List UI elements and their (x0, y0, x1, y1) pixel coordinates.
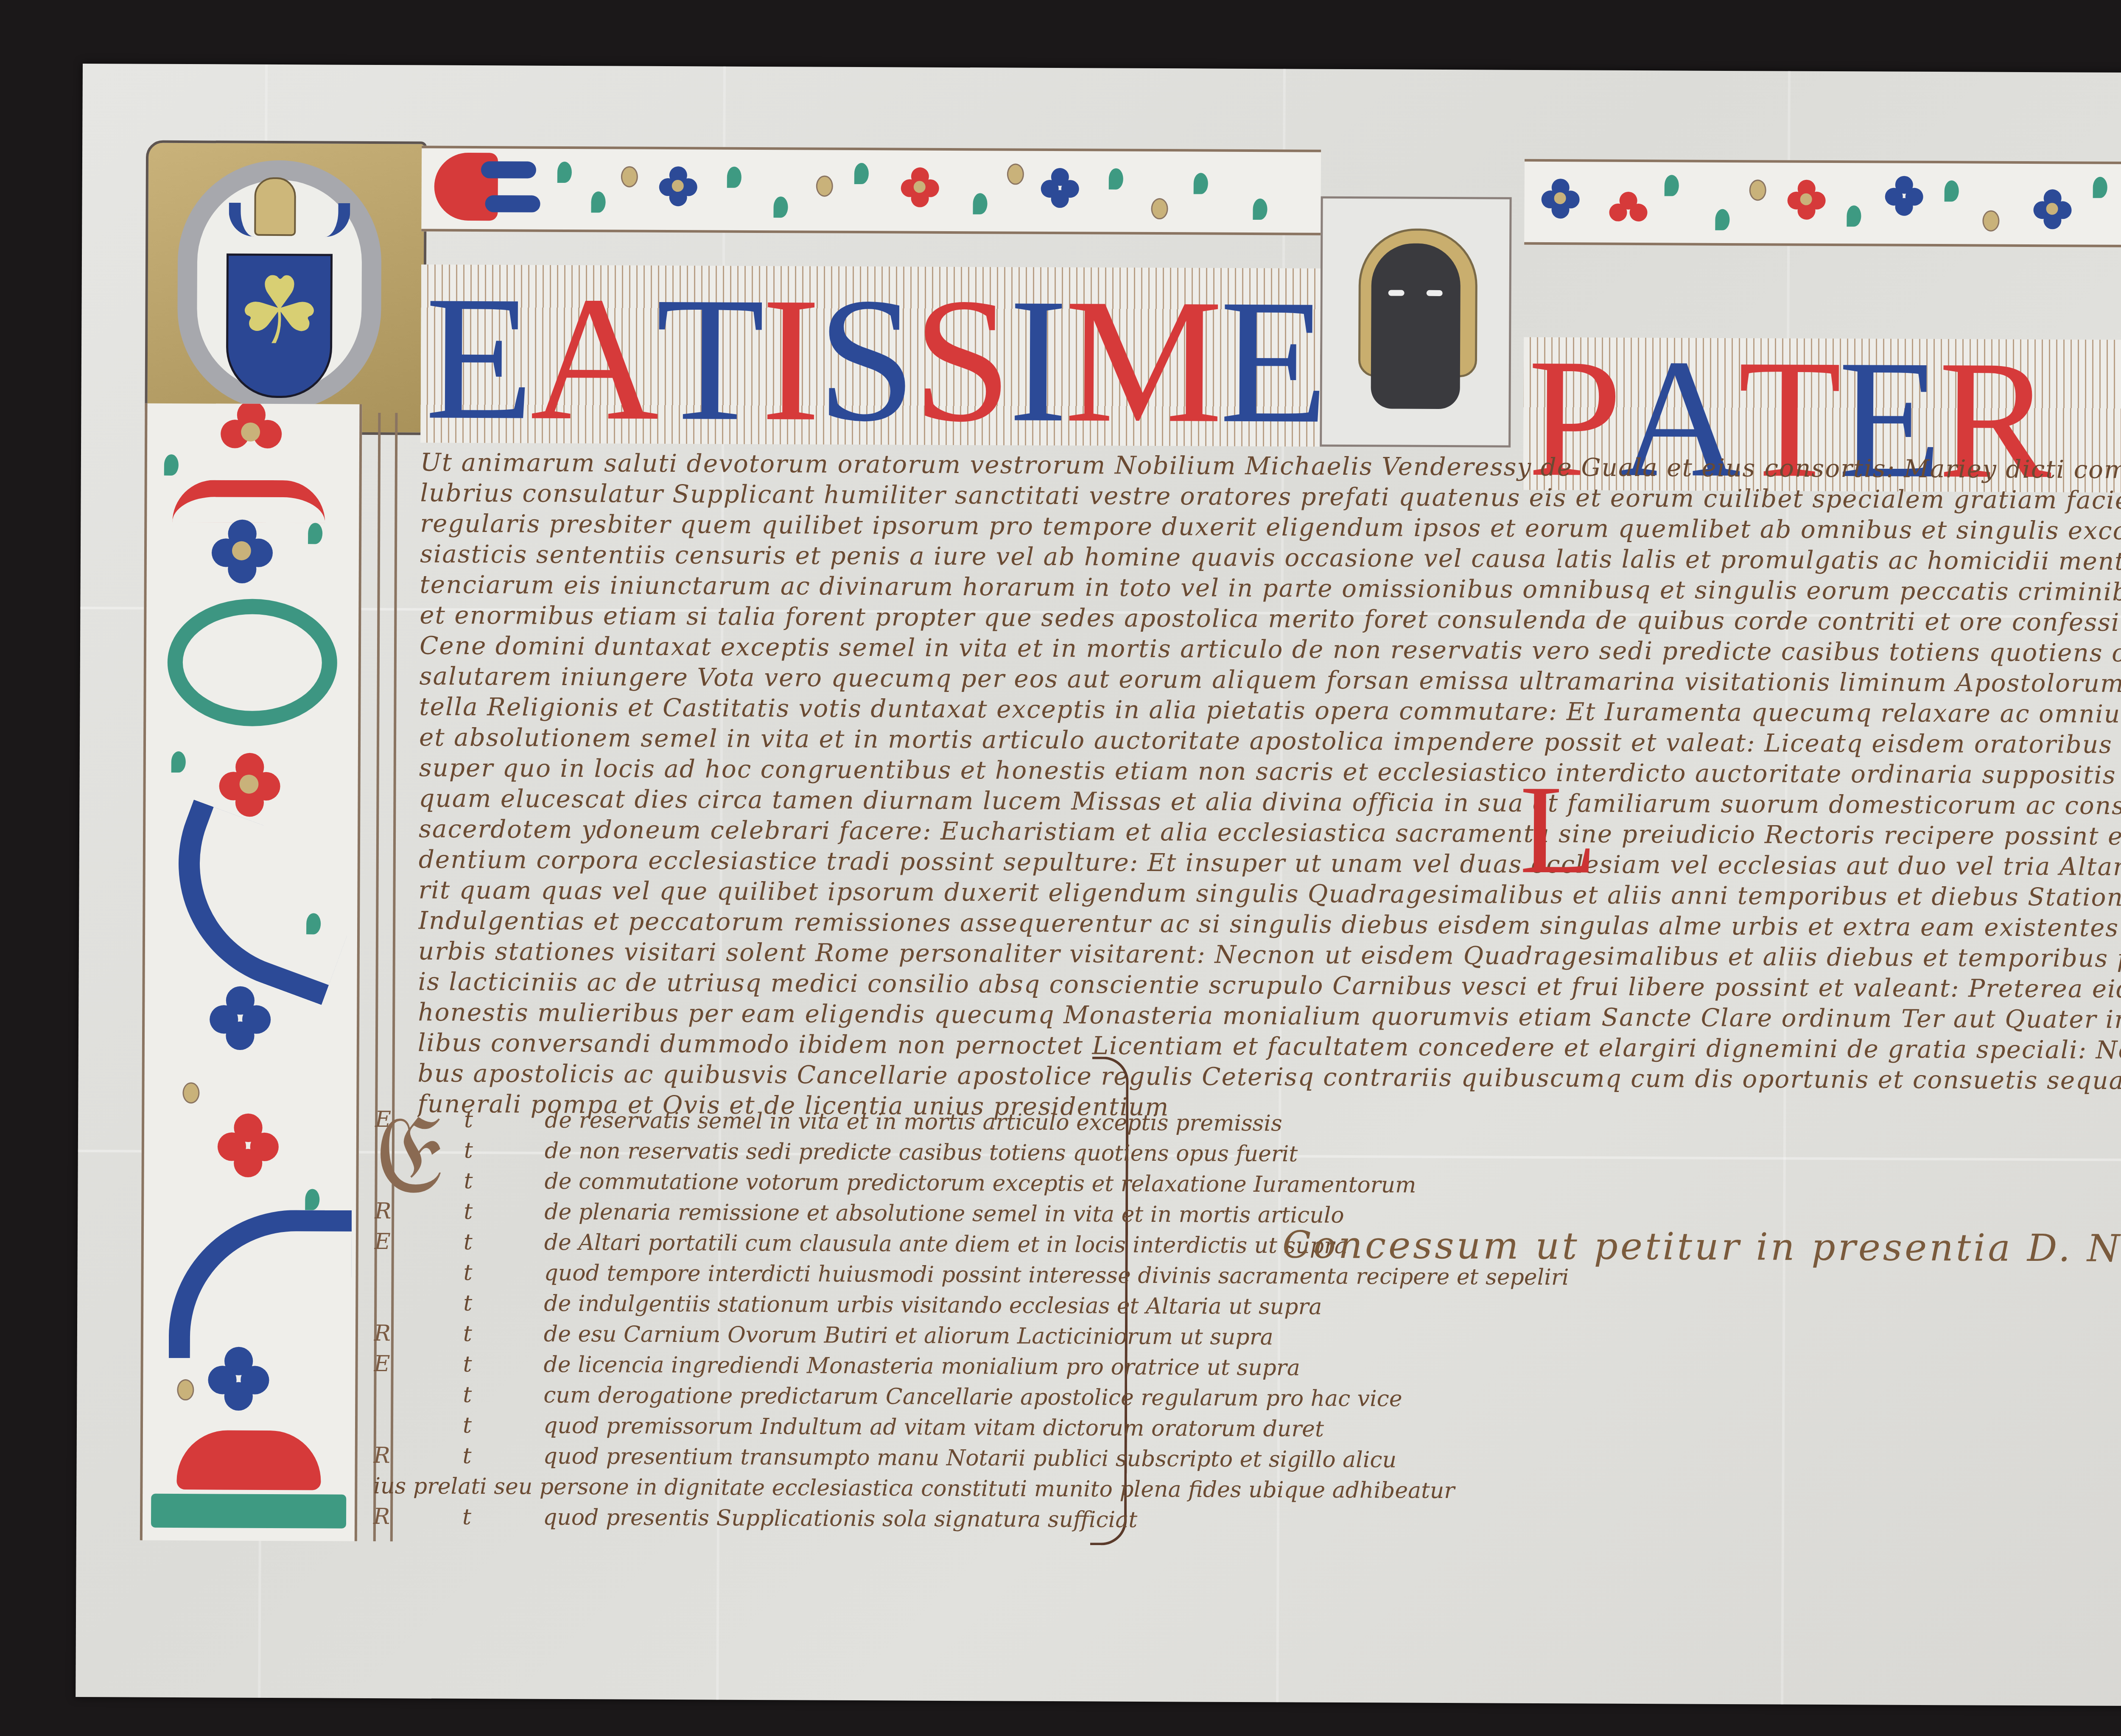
acanthus-scroll-icon (172, 480, 325, 523)
green-roundel (167, 599, 337, 727)
clause-row: Etde licencia ingrediendi Monasteria mon… (374, 1349, 1214, 1383)
blue-flower-icon (659, 166, 697, 204)
leaf-icon (591, 191, 605, 213)
acanthus-leaf-icon (485, 195, 540, 213)
crossed-keys-icon (229, 203, 350, 237)
leaf-icon (557, 162, 572, 183)
leaf-icon (773, 196, 788, 218)
floral-band-right (1524, 159, 2121, 248)
clause-row: Rtquod presentis Supplicationis sola sig… (373, 1501, 1213, 1536)
supplication-text: Ut animarum saluti devotorum oratorum ve… (417, 447, 2121, 1127)
gold-berry-icon (1749, 179, 1766, 201)
red-flower-icon (901, 167, 939, 205)
title-beatissime: EATISSIME (425, 269, 1325, 451)
clause-row: tde non reservatis sedi predicte casibus… (375, 1135, 1215, 1169)
clause-row: ius prelati seu persone in dignitate ecc… (373, 1471, 1213, 1505)
clause-row: tde indulgentiis stationum urbis visitan… (374, 1288, 1214, 1322)
clauses-list: Etde reservatis semel in vita et in mort… (373, 1104, 1215, 1536)
gold-berry-icon (177, 1379, 194, 1400)
leaf-icon (1253, 199, 1267, 220)
parchment-sheet: ☘ (76, 64, 2121, 1708)
concession-signature: Concessum ut petitur in presentia D. N. … (1282, 1223, 2121, 1273)
papal-shield-icon: ☘ (226, 253, 333, 398)
leaf-icon (1945, 180, 1959, 202)
leaf-icon (1847, 205, 1861, 227)
blue-flower-icon (2033, 189, 2071, 227)
blue-flower-icon (210, 986, 271, 1047)
clause-row: tquod tempore interdicti huiusmodi possi… (374, 1257, 1214, 1291)
acanthus-leaf-icon (481, 161, 536, 179)
leaf-icon (727, 167, 742, 188)
leaf-icon (1109, 168, 1123, 190)
tree-emblem-icon: ☘ (237, 264, 321, 358)
clause-row: Rtde esu Carnium Ovorum Butiri et alioru… (374, 1318, 1214, 1352)
clause-row: Etde reservatis semel in vita et in mort… (375, 1104, 1215, 1139)
leaf-icon (164, 454, 179, 476)
acanthus-scroll-icon (143, 800, 362, 1005)
leaf-icon (2093, 177, 2107, 198)
gold-berry-icon (182, 1082, 199, 1103)
leaf-icon (308, 523, 322, 544)
gold-berry-icon (1982, 210, 1999, 232)
gold-berry-icon (1151, 198, 1168, 219)
illuminated-initial-b: ☘ (145, 140, 427, 435)
clause-row: Etde Altari portatili cum clausula ante … (375, 1226, 1214, 1261)
clause-row: tcum derogatione predictarum Cancellarie… (374, 1379, 1214, 1414)
blue-flower-icon (1885, 176, 1923, 214)
leaf-icon (973, 193, 987, 214)
leaf-icon (1715, 209, 1729, 230)
leaf-icon (306, 913, 321, 934)
leaf-icon (171, 751, 186, 773)
red-flower-icon (1787, 180, 1825, 218)
clause-row: tde commutatione votorum predictorum exc… (375, 1165, 1214, 1200)
red-acanthus-base-icon (176, 1430, 321, 1490)
red-rubric-mark: L (1519, 766, 1598, 893)
blue-flower-icon (1041, 168, 1079, 206)
gold-berry-icon (621, 166, 638, 188)
green-ground-icon (151, 1494, 346, 1529)
red-flower-icon (219, 753, 280, 814)
clause-row: tquod premissorum Indultum ad vitam vita… (374, 1410, 1214, 1444)
gold-berry-icon (1007, 164, 1024, 185)
acanthus-scroll-icon (169, 1210, 352, 1359)
red-flower-icon (218, 1113, 279, 1175)
red-flower-icon (221, 403, 282, 462)
blue-flower-icon (212, 519, 273, 581)
blue-flower-icon (1541, 179, 1579, 217)
red-flower-icon (1609, 192, 1647, 230)
left-floral-border (140, 403, 362, 1541)
veronica-veil-panel (1320, 196, 1512, 448)
clause-row: Rtde plenaria remissione et absolutione … (375, 1196, 1214, 1230)
floral-band-left (421, 146, 1321, 235)
leaf-icon (854, 163, 869, 184)
gold-berry-icon (816, 176, 833, 197)
blue-flower-icon (208, 1347, 269, 1408)
clause-row: Rtquod presentium transumpto manu Notari… (374, 1440, 1214, 1475)
leaf-icon (1665, 175, 1679, 196)
holy-face-icon (1371, 243, 1461, 409)
leaf-icon (305, 1189, 319, 1210)
leaf-icon (1194, 173, 1208, 194)
